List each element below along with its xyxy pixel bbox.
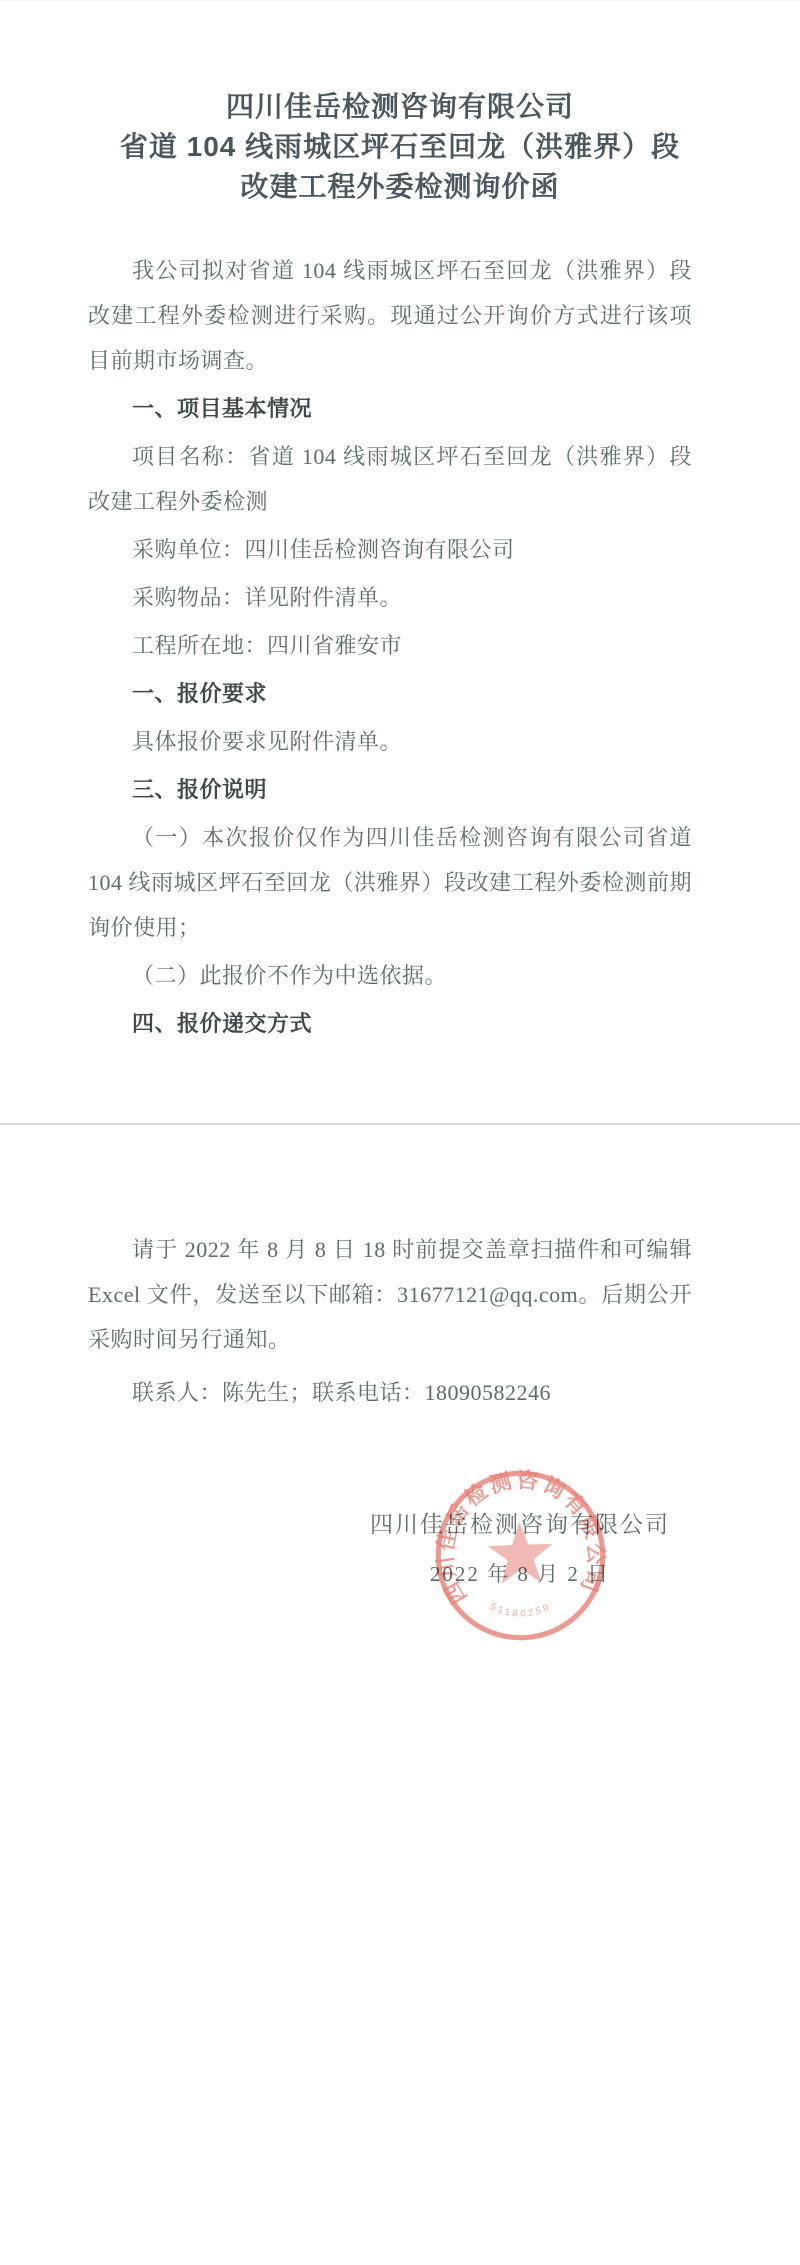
section-2-heading: 一、报价要求 [88,671,692,716]
purchase-items-line: 采购物品：详见附件清单。 [88,575,692,620]
document-page: 四川佳岳检测咨询有限公司 省道 104 线雨城区坪石至回龙（洪雅界）段 改建工程… [0,0,800,2265]
signature-company: 四川佳岳检测咨询有限公司 [340,1509,700,1541]
section-4-heading: 四、报价递交方式 [88,1001,692,1046]
doc-title: 四川佳岳检测咨询有限公司 省道 104 线雨城区坪石至回龙（洪雅界）段 改建工程… [0,87,800,207]
section-3-heading: 三、报价说明 [88,767,692,812]
section-1-heading: 一、项目基本情况 [88,386,692,431]
svg-text:51180250: 51180250 [488,1599,553,1620]
submission-paragraph: 请于 2022 年 8 月 8 日 18 时前提交盖章扫描件和可编辑 Excel… [88,1227,692,1362]
project-name-line: 项目名称：省道 104 线雨城区坪石至回龙（洪雅界）段改建工程外委检测 [88,434,692,524]
page-break-line [0,1123,800,1125]
title-line-2: 省道 104 线雨城区坪石至回龙（洪雅界）段 [0,127,800,167]
quote-note-1: （一）本次报价仅作为四川佳岳检测咨询有限公司省道 104 线雨城区坪石至回龙（洪… [88,815,692,950]
signature-date: 2022 年 8 月 2 日 [340,1561,700,1587]
page2-body: 请于 2022 年 8 月 8 日 18 时前提交盖章扫描件和可编辑 Excel… [88,1227,692,1415]
contact-line: 联系人：陈先生；联系电话：18090582246 [88,1370,692,1415]
purchaser-line: 采购单位：四川佳岳检测咨询有限公司 [88,527,692,572]
title-line-3: 改建工程外委检测询价函 [0,167,800,207]
quote-requirements-line: 具体报价要求见附件清单。 [88,719,692,764]
seal-serial: 51180250 [488,1599,553,1620]
project-location-line: 工程所在地：四川省雅安市 [88,623,692,668]
intro-paragraph: 我公司拟对省道 104 线雨城区坪石至回龙（洪雅界）段改建工程外委检测进行采购。… [88,248,692,383]
quote-note-2: （二）此报价不作为中选依据。 [88,953,692,998]
title-line-1: 四川佳岳检测咨询有限公司 [0,87,800,127]
page1-body: 我公司拟对省道 104 线雨城区坪石至回龙（洪雅界）段改建工程外委检测进行采购。… [88,248,692,1049]
signature-block: 四川佳岳检测咨询有限公司 2022 年 8 月 2 日 [340,1509,700,1587]
